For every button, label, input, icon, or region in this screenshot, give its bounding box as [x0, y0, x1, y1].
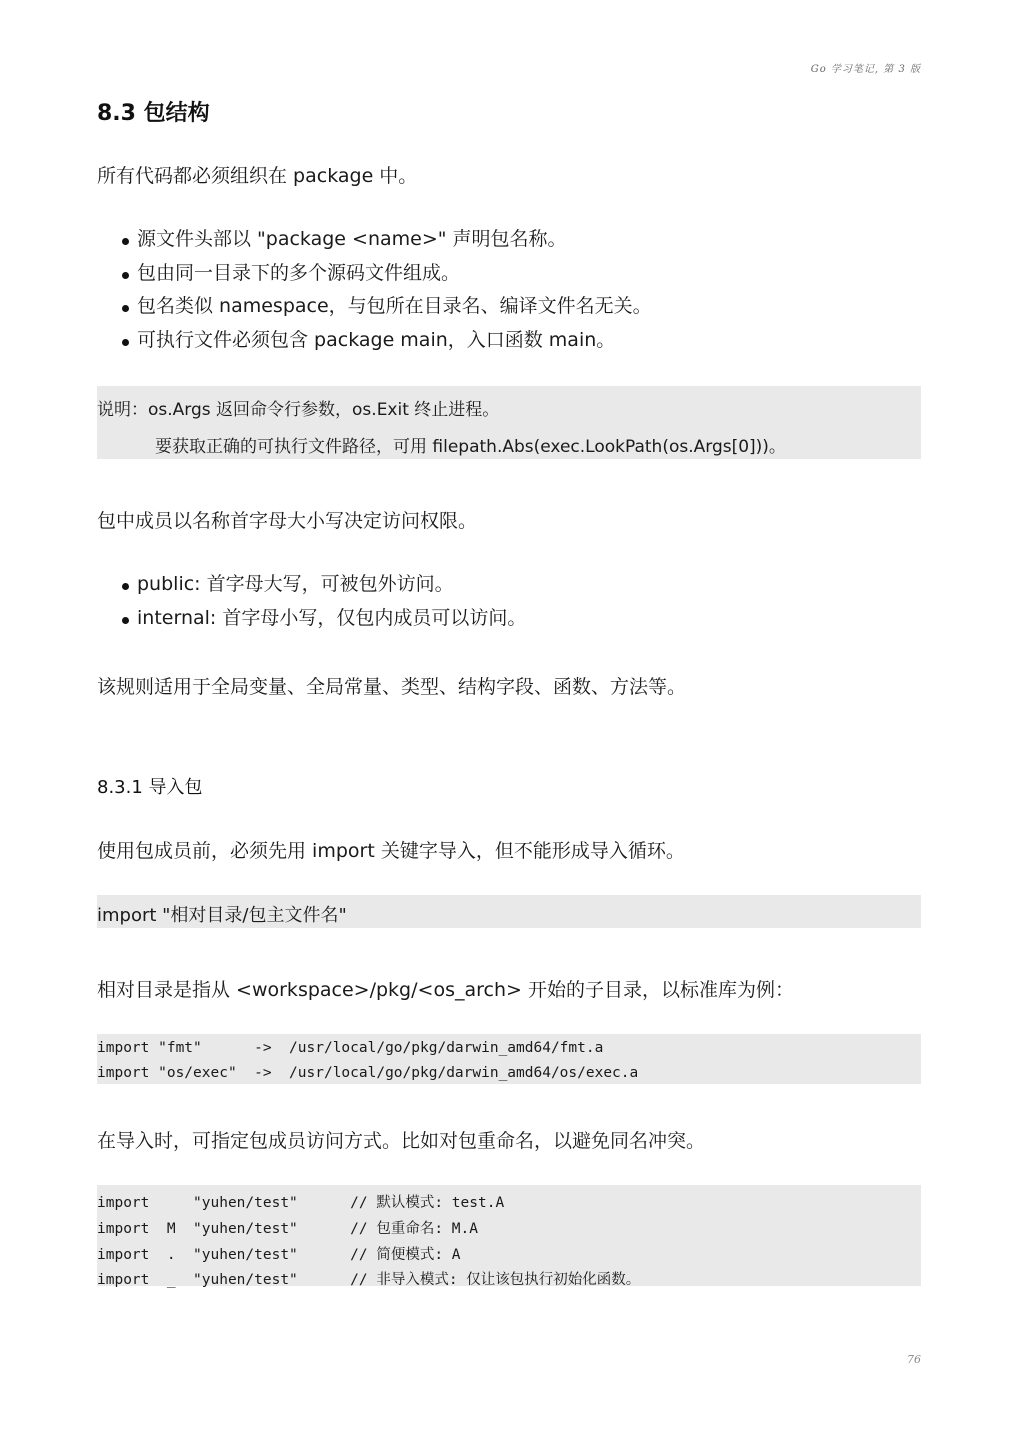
- list-item: public: 首字母大写，可被包外访问。: [122, 568, 526, 602]
- bullet-icon: [122, 272, 129, 279]
- import-syntax-box: import "相对目录/包主文件名": [97, 895, 921, 928]
- code-line: import . "yuhen/test" // 简便模式: A: [97, 1243, 461, 1264]
- list-item: 源文件头部以 "package <name>" 声明包名称。: [122, 223, 652, 257]
- section-heading: 8.3 包结构: [97, 96, 210, 127]
- running-head: Go 学习笔记, 第 3 版: [811, 60, 921, 75]
- list-item: 包由同一目录下的多个源码文件组成。: [122, 257, 652, 291]
- relative-dir-text: 相对目录是指从 <workspace>/pkg/<os_arch> 开始的子目录…: [97, 975, 794, 1002]
- note-line-2: 要获取正确的可执行文件路径，可用 filepath.Abs(exec.LookP…: [155, 432, 786, 457]
- section-intro: 所有代码都必须组织在 package 中。: [97, 161, 417, 188]
- subsection-intro: 使用包成员前，必须先用 import 关键字导入，但不能形成导入循环。: [97, 836, 685, 863]
- code-line: import "yuhen/test" // 默认模式: test.A: [97, 1191, 504, 1212]
- code-line: import "os/exec" -> /usr/local/go/pkg/da…: [97, 1065, 638, 1081]
- list-item: 包名类似 namespace，与包所在目录名、编译文件名无关。: [122, 290, 652, 324]
- bullet-icon: [122, 238, 129, 245]
- access-rules-list: public: 首字母大写，可被包外访问。 internal: 首字母小写，仅包…: [122, 568, 526, 635]
- note-line-1: 说明：os.Args 返回命令行参数，os.Exit 终止进程。: [97, 395, 499, 420]
- code-line: import "fmt" -> /usr/local/go/pkg/darwin…: [97, 1040, 603, 1056]
- code-line: import _ "yuhen/test" // 非导入模式: 仅让该包执行初始…: [97, 1268, 640, 1289]
- subsection-heading: 8.3.1 导入包: [97, 773, 203, 799]
- stdlib-code-block: import "fmt" -> /usr/local/go/pkg/darwin…: [97, 1034, 921, 1084]
- import-syntax: import "相对目录/包主文件名": [97, 901, 347, 927]
- note-box: 说明：os.Args 返回命令行参数，os.Exit 终止进程。 要获取正确的可…: [97, 386, 921, 459]
- list-item: internal: 首字母小写，仅包内成员可以访问。: [122, 602, 526, 636]
- import-modes-code-block: import "yuhen/test" // 默认模式: test.A impo…: [97, 1185, 921, 1286]
- access-scope: 该规则适用于全局变量、全局常量、类型、结构字段、函数、方法等。: [97, 672, 686, 699]
- code-line: import M "yuhen/test" // 包重命名: M.A: [97, 1217, 478, 1238]
- bullet-icon: [122, 583, 129, 590]
- bullet-icon: [122, 305, 129, 312]
- access-intro: 包中成员以名称首字母大小写决定访问权限。: [97, 506, 477, 533]
- bullet-icon: [122, 617, 129, 624]
- page-number: 76: [907, 1353, 921, 1366]
- bullet-icon: [122, 339, 129, 346]
- package-rules-list: 源文件头部以 "package <name>" 声明包名称。 包由同一目录下的多…: [122, 223, 652, 357]
- access-mode-text: 在导入时，可指定包成员访问方式。比如对包重命名，以避免同名冲突。: [97, 1126, 705, 1153]
- list-item: 可执行文件必须包含 package main，入口函数 main。: [122, 324, 652, 358]
